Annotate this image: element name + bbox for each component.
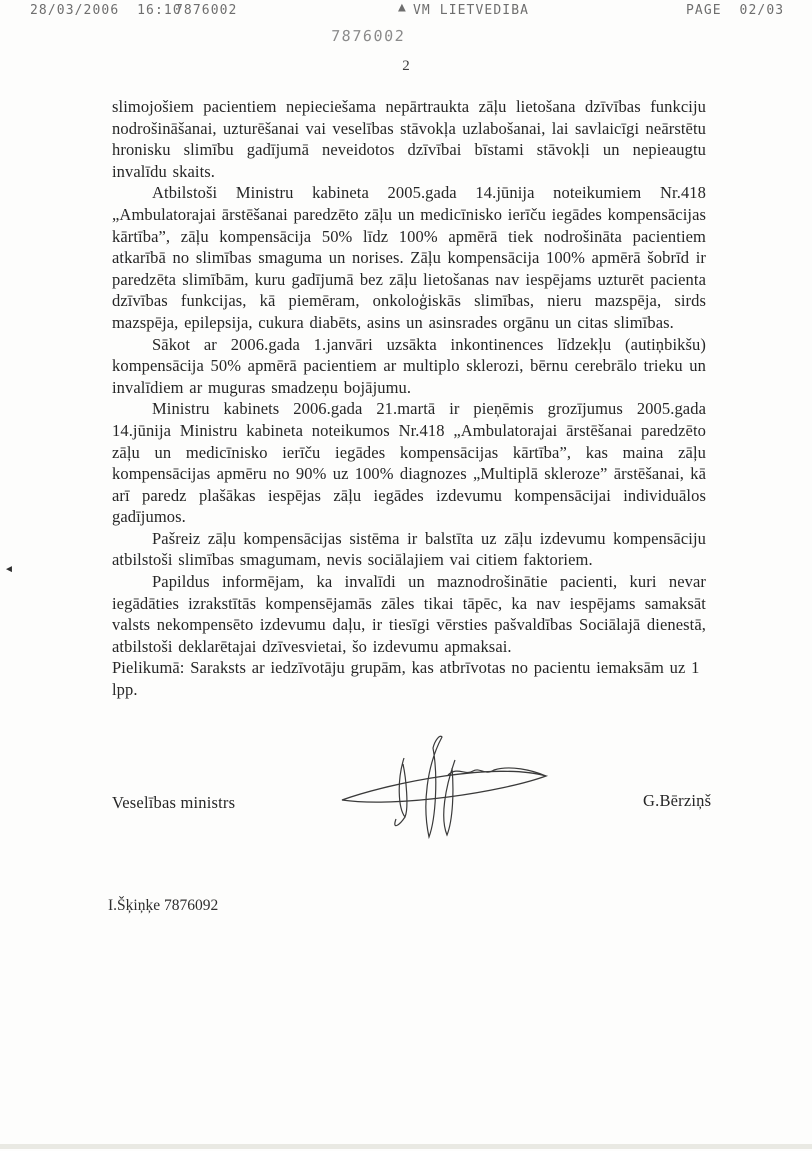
fax-datetime: 28/03/2006 16:10 [30,3,182,18]
body-paragraph: slimojošiem pacientiem nepieciešama nepā… [112,96,706,182]
minister-signature [322,720,562,842]
document-body-wrapper: slimojošiem pacientiem nepieciešama nepā… [112,96,706,701]
body-paragraph: Pašreiz zāļu kompensācijas sistēma ir ba… [112,528,706,571]
fax-sender-name: VM LIETVEDIBA [413,3,529,18]
fax-number: 7876002 [175,3,238,18]
clerk-contact: I.Šķiņķe 7876092 [108,897,218,915]
left-margin-arrow-mark: ◄ [4,564,14,575]
arrow-up-icon: ▲ [398,0,407,15]
document-body: slimojošiem pacientiem nepieciešama nepā… [112,96,706,657]
signer-name: G.Bērziņš [643,791,711,811]
body-paragraph: Ministru kabinets 2006.gada 21.martā ir … [112,398,706,528]
attachment-note: Pielikumā: Saraksts ar iedzīvotāju grupā… [112,657,706,700]
fax-id-stamp: 7876002 [331,27,406,45]
body-paragraph: Sākot ar 2006.gada 1.janvāri uzsākta ink… [112,334,706,399]
signer-title: Veselības ministrs [112,793,235,813]
scanner-edge-artifact [0,1144,812,1149]
page-number: 2 [0,58,812,75]
body-paragraph: Papildus informējam, ka invalīdi un mazn… [112,571,706,657]
body-paragraph: Atbilstoši Ministru kabineta 2005.gada 1… [112,182,706,333]
fax-page-indicator: PAGE 02/03 [686,3,784,18]
scanned-fax-page: 28/03/2006 16:10 7876002 ▲ VM LIETVEDIBA… [0,0,812,1151]
